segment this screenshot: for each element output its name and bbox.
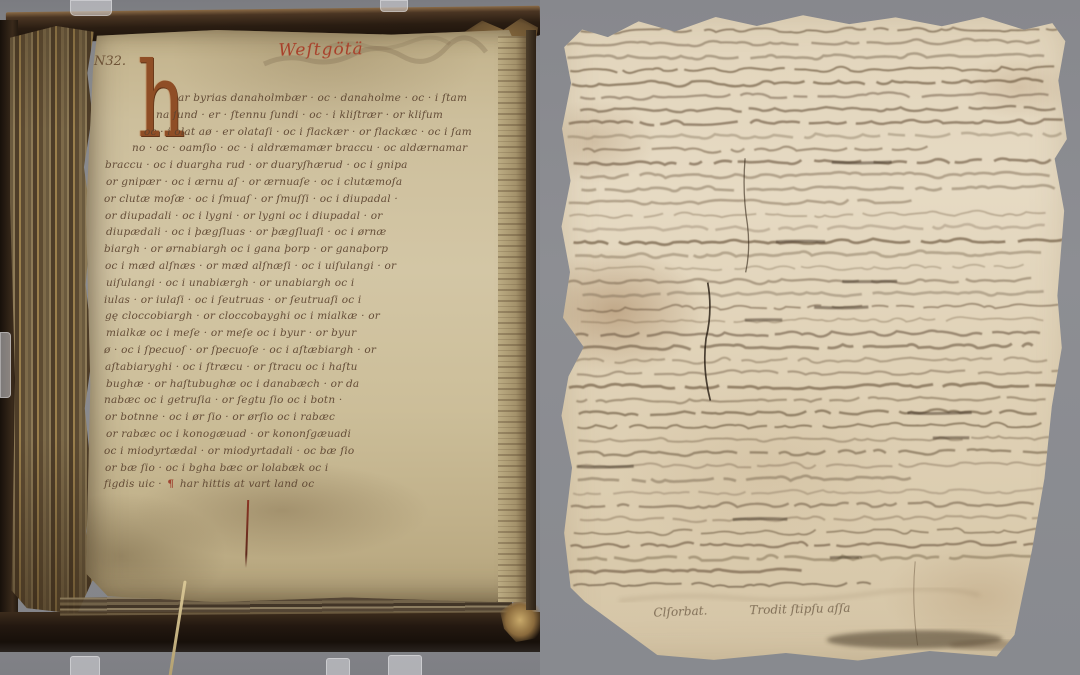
scribal-mark: Clſorbat.: [653, 604, 707, 620]
cursive-text-line: [581, 317, 1043, 324]
cursive-text-line: [577, 368, 1068, 376]
cursive-text-line: [572, 78, 1044, 87]
ink-strikethrough: [776, 241, 825, 242]
faded-cursive-text-strokes: [556, 9, 1073, 664]
manuscript-text-line: biargh · or ørnabiargh oc i gana þorp · …: [104, 243, 388, 255]
cursive-text-line: [574, 158, 1051, 165]
manuscript-text-line: no · oc · oamſio · oc · i aldræmamær bra…: [132, 142, 467, 154]
gutter-shadow: [526, 30, 536, 610]
manuscript-text-line: iulas · or iulaſi · oc i ſeutruas · or ſ…: [104, 294, 361, 306]
cursive-text-line: [574, 528, 1059, 536]
cursive-text-line: [580, 514, 1050, 522]
acrylic-stand-foot: [388, 655, 422, 675]
cursive-text-line: [569, 382, 1074, 390]
cursive-text-line: [569, 199, 912, 205]
manuscript-text-line: gę cloccobiargh · or cloccobayghi oc i m…: [105, 310, 380, 322]
manuscript-text-block: ar byrias danaholmbær · oc · danaholme ·…: [86, 30, 522, 602]
manuscript-text-line: na ſund · er · ſtennu ſundi · oc · i kli…: [156, 109, 443, 121]
manuscript-text-line: oc · i olat aø · er olataſi · oc i flack…: [144, 126, 472, 138]
manuscript-text-line: uiſulangi · oc i unabiærgh · or unabiarg…: [106, 277, 354, 289]
ink-strikethrough: [832, 162, 892, 163]
erased-text-band: [619, 589, 979, 602]
manuscript-text-line: or rabæc oc i konogæuad · or kononſgæuad…: [106, 428, 351, 440]
acrylic-clamp: [380, 0, 408, 12]
manuscript-text-line: or clutæ moſæ · oc i ſmuaſ · or ſmuſſi ·…: [104, 193, 398, 205]
manuscript-text-line: diupædali · oc i þægſluas · or þægſluaſi…: [106, 226, 386, 238]
cursive-text-line: [577, 449, 1056, 457]
manuscript-text-line: or botnne · oc i ør ſio · or ørſio oc i …: [105, 411, 335, 423]
manuscript-text-line: braccu · oc i duargha rud · or duaryſhær…: [105, 159, 408, 171]
cursive-text-line: [569, 210, 1045, 218]
cursive-text-line: [573, 224, 1045, 232]
manuscript-photograph-pair: N32. Weſtgötä h ar byrias danaholmbær · …: [0, 0, 1080, 675]
cursive-text-line: [581, 343, 1032, 350]
cursive-text-line: [575, 356, 1047, 364]
manuscript-text-line: mialkæ oc i meſe · or meſe oc i byur · o…: [106, 327, 356, 339]
cursive-text-line: [580, 171, 1049, 180]
manuscript-text-line-final: figdis uic · ¶ har hittis at vart land o…: [104, 478, 314, 490]
left-photo-codex: N32. Weſtgötä h ar byrias danaholmbær · …: [0, 0, 540, 675]
cursive-text-line: [578, 475, 919, 482]
cursive-text-line: [567, 38, 1040, 46]
ink-strikethrough: [842, 281, 897, 282]
cursive-text-line: [581, 185, 1054, 193]
cursive-text-line: [581, 26, 1066, 34]
cursive-text-line: [580, 92, 1048, 100]
manuscript-text-line: or bæ ſio · oc i bgha bæc or lolabæk oc …: [105, 462, 328, 474]
cursive-text-line: [569, 118, 1063, 126]
cursive-text-line: [573, 488, 1067, 496]
cursive-text-line: [575, 330, 1051, 338]
red-pilcrow: ¶: [165, 478, 176, 490]
cursive-text-line: [582, 290, 1053, 297]
cursive-text-line: [570, 541, 1039, 550]
cursive-text-line: [568, 277, 1044, 285]
ink-strikethrough: [577, 466, 634, 467]
cursive-text-line: [567, 53, 1044, 61]
ink-strikethrough: [733, 518, 788, 519]
manuscript-text-line: or diupadali · oc i lygni · or lygni oc …: [105, 210, 383, 222]
cursive-text-line: [577, 554, 1061, 562]
ink-strikethrough: [830, 557, 861, 558]
manuscript-text-line: oc i mæd alſnæs · or mæd alſnæſi · oc i …: [105, 260, 396, 272]
ink-strikethrough: [907, 413, 971, 414]
manuscript-text-line: or gnipær · oc i ærnu aſ · or ærnuaſe · …: [106, 176, 402, 188]
acrylic-stand-foot: [326, 658, 350, 675]
cursive-text-line: [573, 582, 871, 588]
cursive-text-line: [569, 569, 801, 573]
manuscript-text-line: aſtabiaryghi · oc i ſtræcu · or ſtracu o…: [105, 361, 358, 373]
cursive-text-line: [579, 436, 1050, 443]
acrylic-clamp: [70, 0, 112, 16]
ink-strikethrough: [814, 307, 868, 308]
fore-edge-bleedthrough: [498, 36, 528, 602]
manuscript-text-line: nabæc oc i getruſia · or ſegtu ſio oc i …: [104, 394, 342, 406]
manuscript-text-line: bughæ · or haſtubughæ oc i danabæch · or…: [106, 378, 359, 390]
cursive-text-line: [577, 422, 1041, 430]
manuscript-text-line: ø · oc i ſpecuoſ · or ſpecuoſe · oc i aſ…: [104, 344, 376, 356]
right-photo-parchment-leaf: Clſorbat. Trodit ſtipſu aſſa: [540, 0, 1080, 675]
ink-crack: [704, 283, 710, 401]
cursive-text-line: [583, 146, 939, 154]
cursive-text-line: [570, 66, 1054, 74]
cursive-text-line: [580, 106, 1068, 113]
cursive-text-line: [577, 461, 1058, 469]
cursive-text-line: [576, 396, 1057, 404]
cursive-text-line: [568, 132, 1062, 139]
scribal-mark: Trodit ſtipſu aſſa: [749, 601, 850, 617]
cursive-text-line: [575, 264, 1030, 271]
acrylic-clamp: [0, 332, 11, 398]
acrylic-stand-foot: [70, 656, 100, 675]
parchment-leaf: Clſorbat. Trodit ſtipſu aſſa: [556, 9, 1073, 664]
codex-page: N32. Weſtgötä h ar byrias danaholmbær · …: [86, 30, 522, 602]
cursive-text-line: [571, 501, 1040, 509]
book-board-bottom-edge: [0, 612, 540, 652]
ragged-page-stack: [10, 26, 94, 614]
manuscript-text-line: oc i miodyrtædal · or miodyrtadali · oc …: [104, 445, 354, 457]
cursive-text-line: [575, 250, 1047, 258]
manuscript-text-line: ar byrias danaholmbær · oc · danaholme ·…: [178, 92, 467, 104]
